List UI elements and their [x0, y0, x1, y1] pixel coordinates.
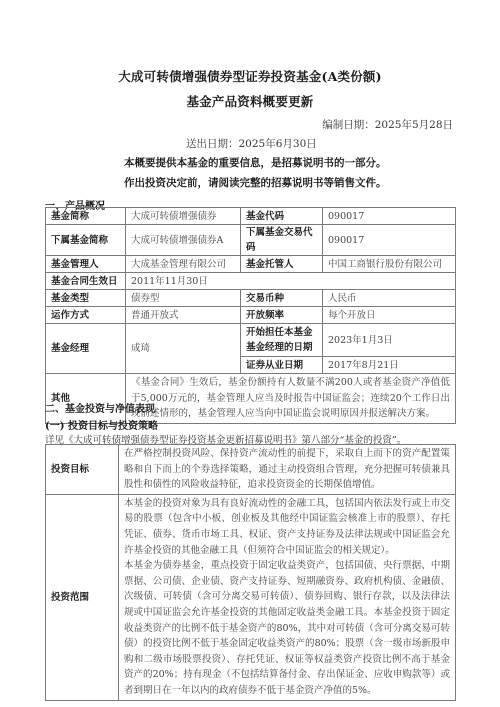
product-overview-table: 基金简称 大成可转债增强债券 基金代码 090017 下属基金简称 大成可转债增… — [45, 207, 456, 424]
scope-paragraph-1: 本基金的投资对象为具有良好流动性的金融工具，包括国内依法发行或上市交易的股票（包… — [124, 496, 450, 558]
table-row: 基金简称 大成可转债增强债券 基金代码 090017 — [46, 208, 456, 225]
table-row: 其他 《基金合同》生效后，基金份额持有人数量不满200人或者基金资产净值低于5,… — [46, 374, 456, 424]
career-date-value: 2017年8月21日 — [323, 357, 456, 374]
sub-fund-code-label: 下属基金交易代码 — [241, 225, 323, 256]
fund-name-value: 大成可转债增强债券 — [126, 208, 241, 225]
operation-label: 运作方式 — [46, 307, 126, 324]
table-row: 投资范围 本基金的投资对象为具有良好流动性的金融工具，包括国内依法发行或上市交易… — [46, 494, 456, 700]
fund-type-label: 基金类型 — [46, 290, 126, 307]
fund-code-value: 090017 — [323, 208, 456, 225]
objective-value: 在严格控制投资风险、保持资产流动性的前提下，采取自上而下的资产配置策略和自下而上… — [119, 445, 456, 495]
sub-fund-code-value: 090017 — [323, 225, 456, 256]
effective-date-label: 基金合同生效日 — [46, 273, 126, 290]
notice-line-2: 作出投资决定前，请阅读完整的招募说明书等销售文件。 — [124, 175, 387, 190]
operation-value: 普通开放式 — [126, 307, 241, 324]
fund-type-value: 债券型 — [126, 290, 241, 307]
table-row: 运作方式 普通开放式 开放频率 每个开放日 — [46, 307, 456, 324]
start-date-value: 2023年1月3日 — [323, 324, 456, 357]
sub-fund-name-label: 下属基金简称 — [46, 225, 126, 256]
section-heading-investment: 二、基金投资与净值表现 — [45, 400, 155, 415]
scope-value: 本基金的投资对象为具有良好流动性的金融工具，包括国内依法发行或上市交易的股票（包… — [119, 494, 456, 700]
table-row: 基金合同生效日 2011年11月30日 — [46, 273, 456, 290]
sent-date: 送出日期：2025年6月30日 — [186, 136, 317, 151]
other-label: 其他 — [46, 374, 126, 424]
currency-value: 人民币 — [323, 290, 456, 307]
currency-label: 交易币种 — [241, 290, 323, 307]
scope-label: 投资范围 — [46, 494, 119, 700]
manager-value: 大成基金管理有限公司 — [126, 256, 241, 273]
manager-label: 基金管理人 — [46, 256, 126, 273]
investment-table: 投资目标 在严格控制投资风险、保持资产流动性的前提下，采取自上而下的资产配置策略… — [45, 444, 456, 701]
fund-name-label: 基金简称 — [46, 208, 126, 225]
table-row: 基金类型 债券型 交易币种 人民币 — [46, 290, 456, 307]
objective-label: 投资目标 — [46, 445, 119, 495]
table-row: 基金经理 成琦 开始担任本基金基金经理的日期 2023年1月3日 — [46, 324, 456, 357]
table-row: 下属基金简称 大成可转债增强债券A 下属基金交易代码 090017 — [46, 225, 456, 256]
frequency-label: 开放频率 — [241, 307, 323, 324]
document-title: 大成可转债增强债券型证券投资基金(A类份额) — [0, 67, 500, 85]
career-date-label: 证券从业日期 — [241, 357, 323, 374]
subsection-heading-objective-strategy: (一) 投资目标与投资策略 — [45, 417, 158, 432]
fund-manager-label: 基金经理 — [46, 324, 126, 374]
fund-code-label: 基金代码 — [241, 208, 323, 225]
start-date-label: 开始担任本基金基金经理的日期 — [241, 324, 323, 357]
notice-line-1: 本概要提供本基金的重要信息，是招募说明书的一部分。 — [124, 155, 387, 170]
fund-manager-value: 成琦 — [126, 324, 241, 374]
frequency-value: 每个开放日 — [323, 307, 456, 324]
custodian-value: 中国工商银行股份有限公司 — [323, 256, 456, 273]
other-value: 《基金合同》生效后，基金份额持有人数量不满200人或者基金资产净值低于5,000… — [126, 374, 456, 424]
table-row: 投资目标 在严格控制投资风险、保持资产流动性的前提下，采取自上而下的资产配置策略… — [46, 445, 456, 495]
scope-paragraph-2: 本基金为债券基金，重点投资于固定收益类资产，包括国债、央行票据、中期票据、公司债… — [124, 558, 450, 698]
effective-date-value: 2011年11月30日 — [126, 273, 456, 290]
document-subtitle: 基金产品资料概要更新 — [0, 92, 500, 110]
compiled-date: 编制日期：2025年5月28日 — [322, 117, 453, 132]
custodian-label: 基金托管人 — [241, 256, 323, 273]
table-row: 基金管理人 大成基金管理有限公司 基金托管人 中国工商银行股份有限公司 — [46, 256, 456, 273]
sub-fund-name-value: 大成可转债增强债券A — [126, 225, 241, 256]
